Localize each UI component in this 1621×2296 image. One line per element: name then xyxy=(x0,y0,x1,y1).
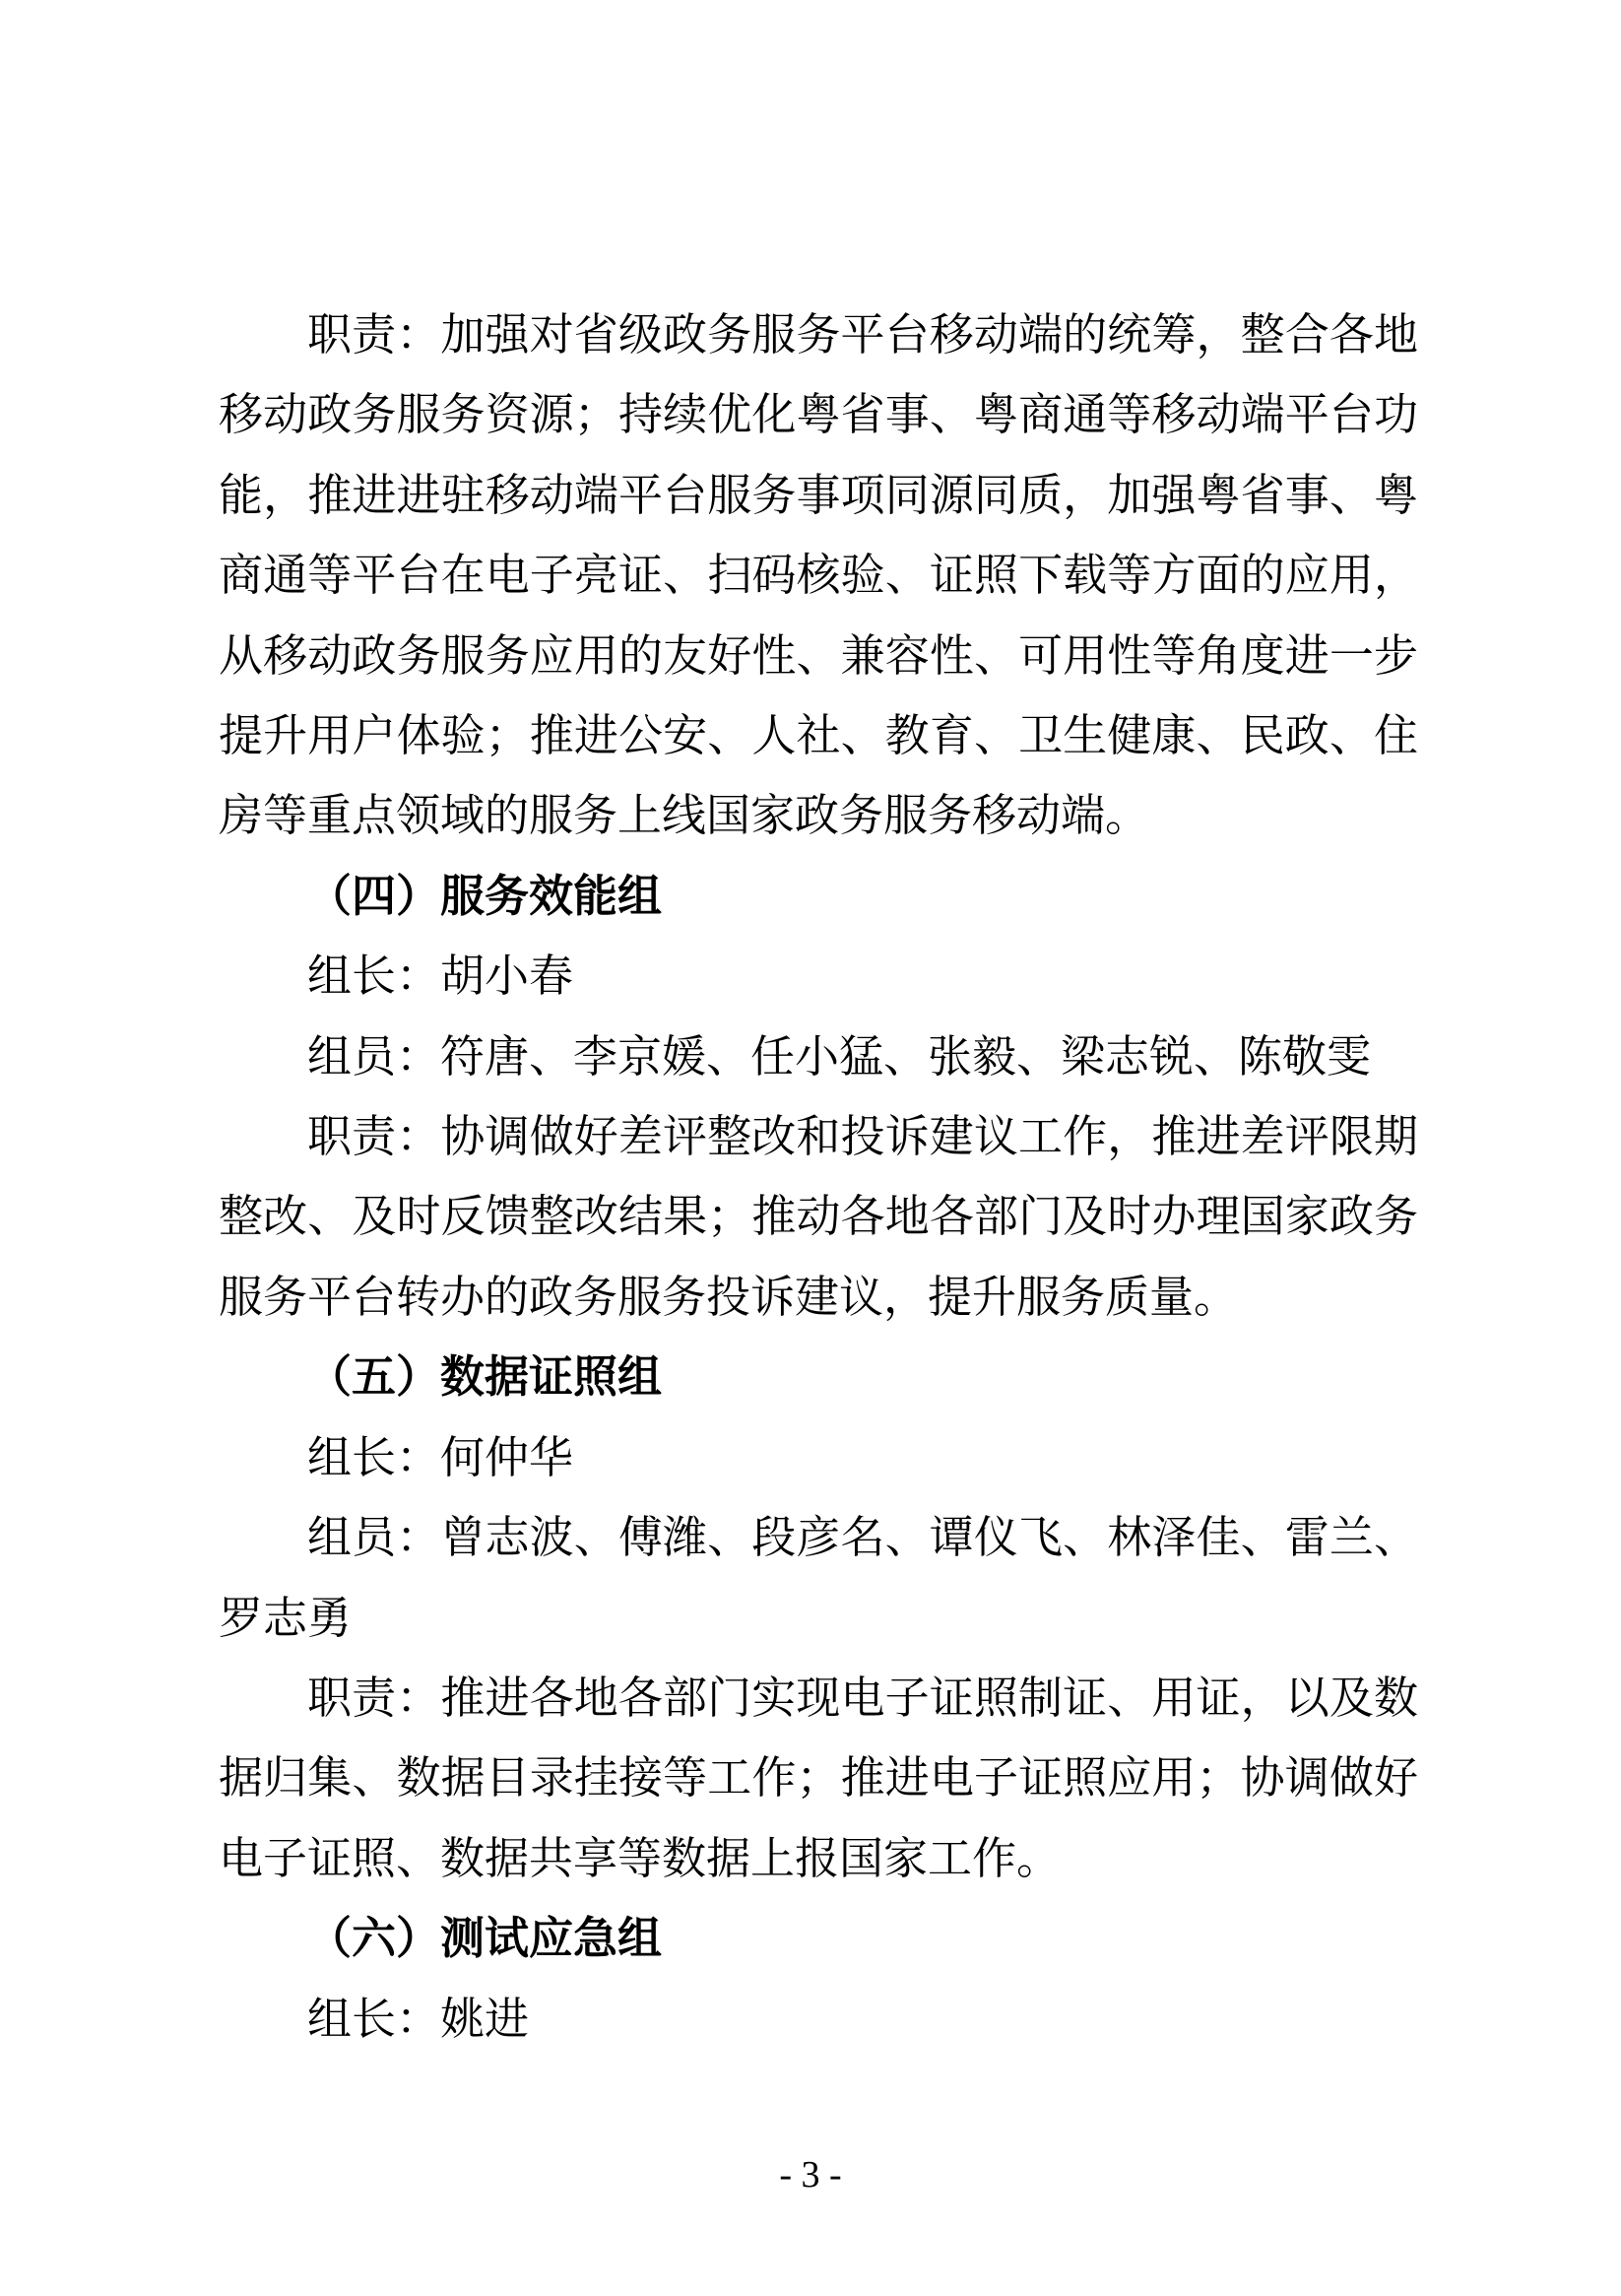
paragraph: 职责：推进各地各部门实现电子证照制证、用证，以及数据归集、数据目录挂接等工作；推… xyxy=(219,1659,1418,1899)
paragraph: 组长：胡小春 xyxy=(219,937,1418,1017)
page-number: - 3 - xyxy=(0,2155,1621,2195)
document-page: 职责：加强对省级政务服务平台移动端的统筹，整合各地移动政务服务资源；持续优化粤省… xyxy=(0,0,1621,2296)
paragraph: 职责：加强对省级政务服务平台移动端的统筹，整合各地移动政务服务资源；持续优化粤省… xyxy=(219,295,1418,857)
paragraph: 组长：姚进 xyxy=(219,1980,1418,2060)
paragraph: 职责：协调做好差评整改和投诉建议工作，推进差评限期整改、及时反馈整改结果；推动各… xyxy=(219,1097,1418,1338)
document-body: 职责：加强对省级政务服务平台移动端的统筹，整合各地移动政务服务资源；持续优化粤省… xyxy=(219,295,1418,2060)
paragraph: 组长：何仲华 xyxy=(219,1418,1418,1498)
section-heading: （六）测试应急组 xyxy=(219,1899,1418,1979)
section-heading: （四）服务效能组 xyxy=(219,857,1418,937)
paragraph: 组员：符唐、李京媛、任小猛、张毅、梁志锐、陈敬雯 xyxy=(219,1017,1418,1097)
paragraph: 组员：曾志波、傅潍、段彦名、谭仪飞、林泽佳、雷兰、罗志勇 xyxy=(219,1498,1418,1659)
section-heading: （五）数据证照组 xyxy=(219,1338,1418,1417)
